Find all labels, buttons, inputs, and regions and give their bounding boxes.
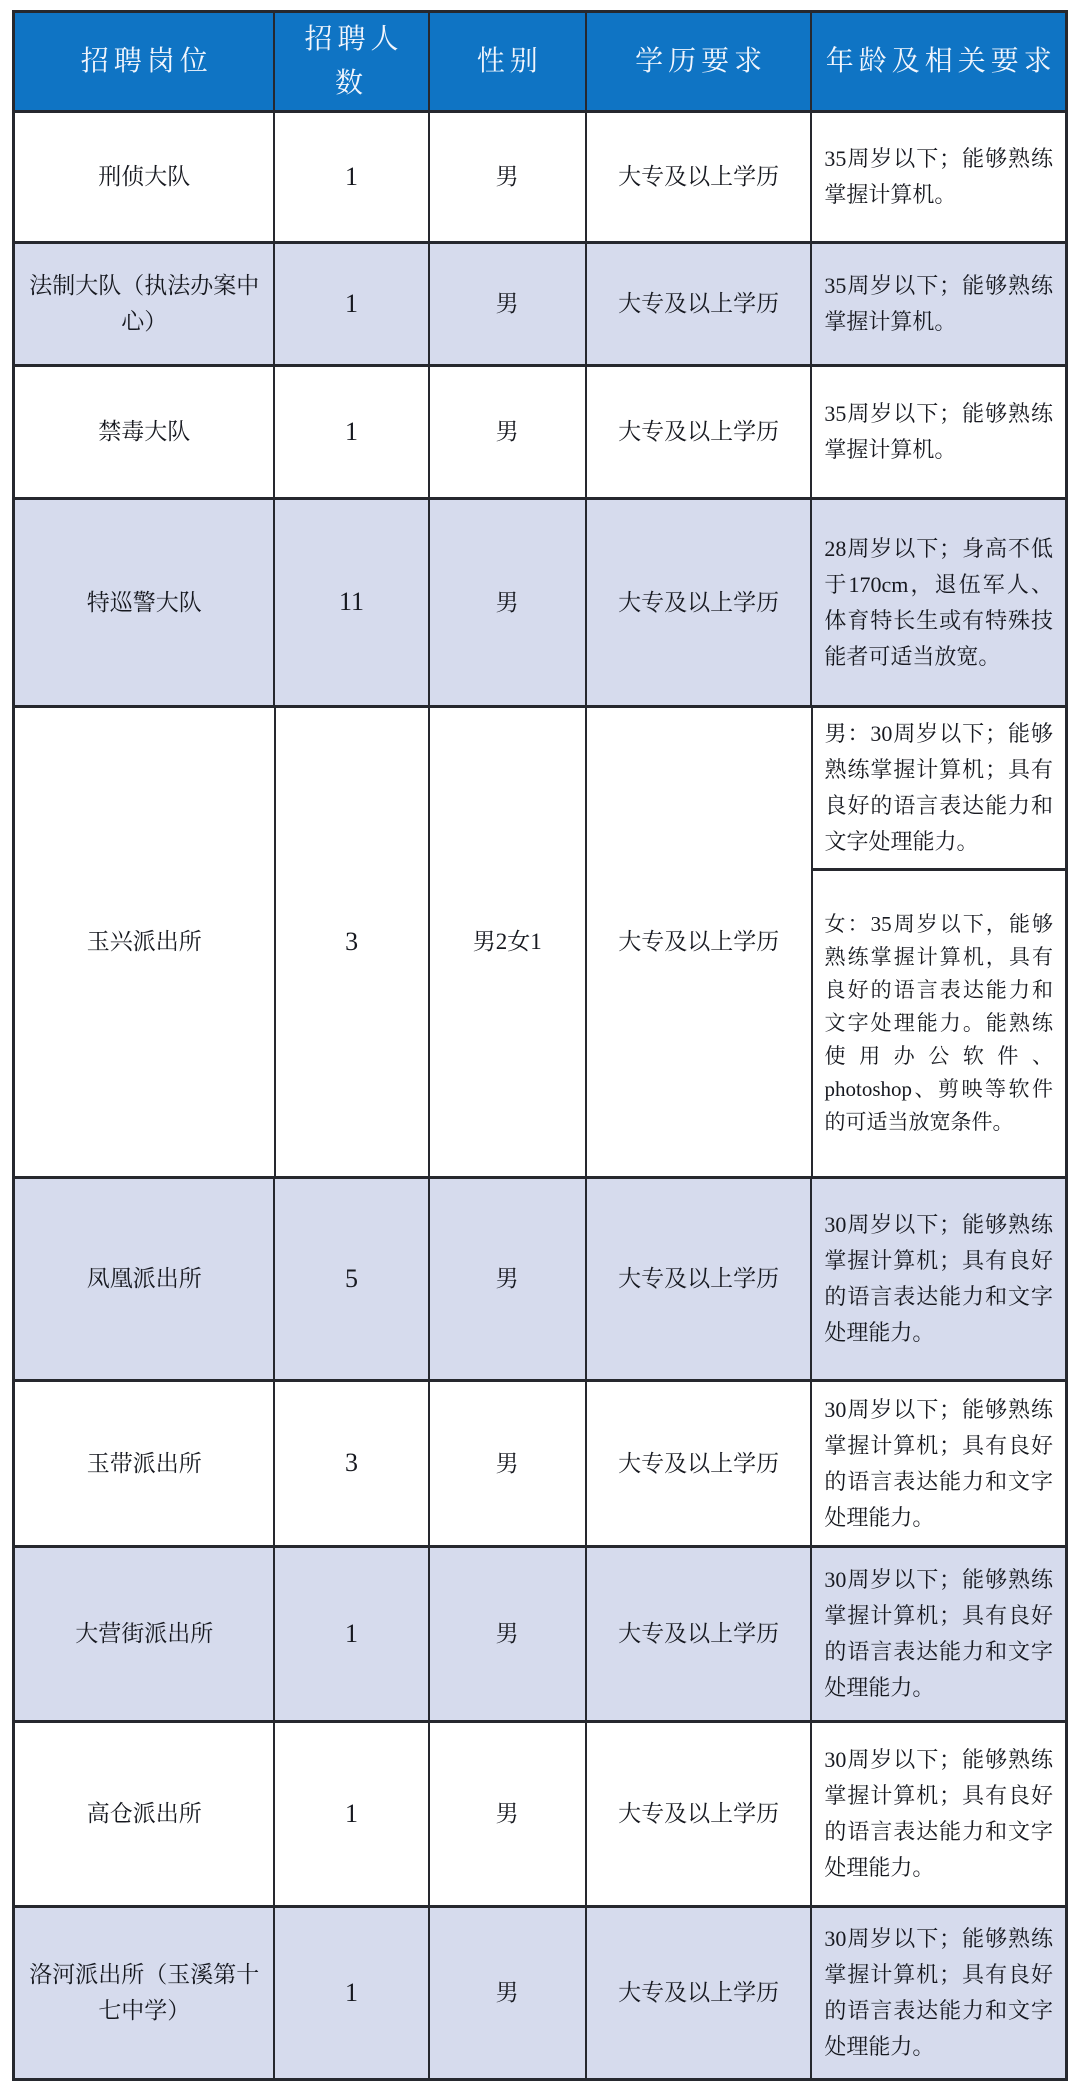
cell-gender: 男 (428, 1723, 585, 1905)
cell-education: 大专及以上学历 (585, 1723, 811, 1905)
header-cell-education: 学历要求 (585, 13, 811, 110)
table-row: 洛河派出所（玉溪第十七中学） 1 男 大专及以上学历 30周岁以下；能够熟练掌握… (15, 1905, 1065, 2078)
cell-education: 大专及以上学历 (585, 244, 811, 364)
cell-gender: 男 (428, 1548, 585, 1720)
cell-education: 大专及以上学历 (585, 1179, 811, 1379)
table-row: 大营街派出所 1 男 大专及以上学历 30周岁以下；能够熟练掌握计算机；具有良好… (15, 1545, 1065, 1720)
cell-requirement: 30周岁以下；能够熟练掌握计算机；具有良好的语言表达能力和文字处理能力。 (810, 1548, 1065, 1720)
cell-requirement-male: 男：30周岁以下；能够熟练掌握计算机；具有良好的语言表达能力和文字处理能力。 (813, 708, 1065, 868)
cell-position: 高仓派出所 (15, 1723, 273, 1905)
cell-requirement: 35周岁以下；能够熟练掌握计算机。 (810, 367, 1065, 497)
cell-position: 禁毒大队 (15, 367, 273, 497)
cell-position: 凤凰派出所 (15, 1179, 273, 1379)
cell-count: 1 (273, 244, 427, 364)
cell-position: 大营街派出所 (15, 1548, 273, 1720)
cell-count: 5 (273, 1179, 427, 1379)
table-row: 禁毒大队 1 男 大专及以上学历 35周岁以下；能够熟练掌握计算机。 (15, 364, 1065, 497)
cell-gender: 男 (428, 367, 585, 497)
cell-requirement: 30周岁以下；能够熟练掌握计算机；具有良好的语言表达能力和文字处理能力。 (810, 1723, 1065, 1905)
cell-education: 大专及以上学历 (585, 1908, 811, 2078)
table-row: 玉兴派出所 3 男2女1 大专及以上学历 男：30周岁以下；能够熟练掌握计算机；… (15, 705, 1065, 1176)
cell-count: 1 (273, 1723, 427, 1905)
cell-count: 1 (273, 367, 427, 497)
cell-count: 1 (273, 1908, 427, 2078)
cell-position: 玉带派出所 (15, 1382, 273, 1545)
cell-gender: 男2女1 (428, 708, 585, 1176)
header-cell-requirement: 年龄及相关要求 (810, 13, 1065, 110)
header-cell-count: 招聘人数 (273, 13, 427, 110)
cell-requirement: 30周岁以下；能够熟练掌握计算机；具有良好的语言表达能力和文字处理能力。 (810, 1382, 1065, 1545)
cell-gender: 男 (428, 1179, 585, 1379)
cell-requirement: 35周岁以下；能够熟练掌握计算机。 (810, 113, 1065, 241)
cell-requirement-female: 女：35周岁以下，能够熟练掌握计算机，具有良好的语言表达能力和文字处理能力。能熟… (813, 868, 1065, 1176)
cell-education: 大专及以上学历 (585, 1382, 811, 1545)
cell-count: 11 (273, 500, 427, 705)
cell-gender: 男 (428, 500, 585, 705)
recruitment-table: 招聘岗位 招聘人数 性别 学历要求 年龄及相关要求 刑侦大队 1 男 大专及以上… (12, 10, 1068, 2081)
header-cell-position: 招聘岗位 (15, 13, 273, 110)
header-cell-gender: 性别 (428, 13, 585, 110)
table-header-row: 招聘岗位 招聘人数 性别 学历要求 年龄及相关要求 (15, 13, 1065, 110)
table-row: 特巡警大队 11 男 大专及以上学历 28周岁以下；身高不低于170cm，退伍军… (15, 497, 1065, 705)
cell-gender: 男 (428, 113, 585, 241)
cell-education: 大专及以上学历 (585, 113, 811, 241)
cell-position: 法制大队（执法办案中心） (15, 244, 273, 364)
cell-count: 3 (274, 708, 428, 1176)
cell-education: 大专及以上学历 (585, 1548, 811, 1720)
table-row: 高仓派出所 1 男 大专及以上学历 30周岁以下；能够熟练掌握计算机；具有良好的… (15, 1720, 1065, 1905)
table-row: 凤凰派出所 5 男 大专及以上学历 30周岁以下；能够熟练掌握计算机；具有良好的… (15, 1176, 1065, 1379)
cell-gender: 男 (428, 1382, 585, 1545)
cell-count: 1 (273, 113, 427, 241)
cell-count: 1 (273, 1548, 427, 1720)
cell-gender: 男 (428, 1908, 585, 2078)
cell-position: 洛河派出所（玉溪第十七中学） (15, 1908, 273, 2078)
cell-gender: 男 (428, 244, 585, 364)
cell-requirement: 35周岁以下；能够熟练掌握计算机。 (810, 244, 1065, 364)
cell-requirement: 30周岁以下；能够熟练掌握计算机；具有良好的语言表达能力和文字处理能力。 (810, 1179, 1065, 1379)
table-row: 刑侦大队 1 男 大专及以上学历 35周岁以下；能够熟练掌握计算机。 (15, 110, 1065, 241)
cell-position: 刑侦大队 (15, 113, 273, 241)
cell-education: 大专及以上学历 (585, 708, 811, 1176)
cell-position: 特巡警大队 (15, 500, 273, 705)
cell-requirement-split: 男：30周岁以下；能够熟练掌握计算机；具有良好的语言表达能力和文字处理能力。 女… (811, 708, 1065, 1176)
cell-position: 玉兴派出所 (15, 708, 274, 1176)
table-row: 玉带派出所 3 男 大专及以上学历 30周岁以下；能够熟练掌握计算机；具有良好的… (15, 1379, 1065, 1545)
cell-requirement: 28周岁以下；身高不低于170cm，退伍军人、体育特长生或有特殊技能者可适当放宽… (810, 500, 1065, 705)
cell-requirement: 30周岁以下；能够熟练掌握计算机；具有良好的语言表达能力和文字处理能力。 (810, 1908, 1065, 2078)
table-row: 法制大队（执法办案中心） 1 男 大专及以上学历 35周岁以下；能够熟练掌握计算… (15, 241, 1065, 364)
cell-education: 大专及以上学历 (585, 500, 811, 705)
cell-education: 大专及以上学历 (585, 367, 811, 497)
cell-count: 3 (273, 1382, 427, 1545)
